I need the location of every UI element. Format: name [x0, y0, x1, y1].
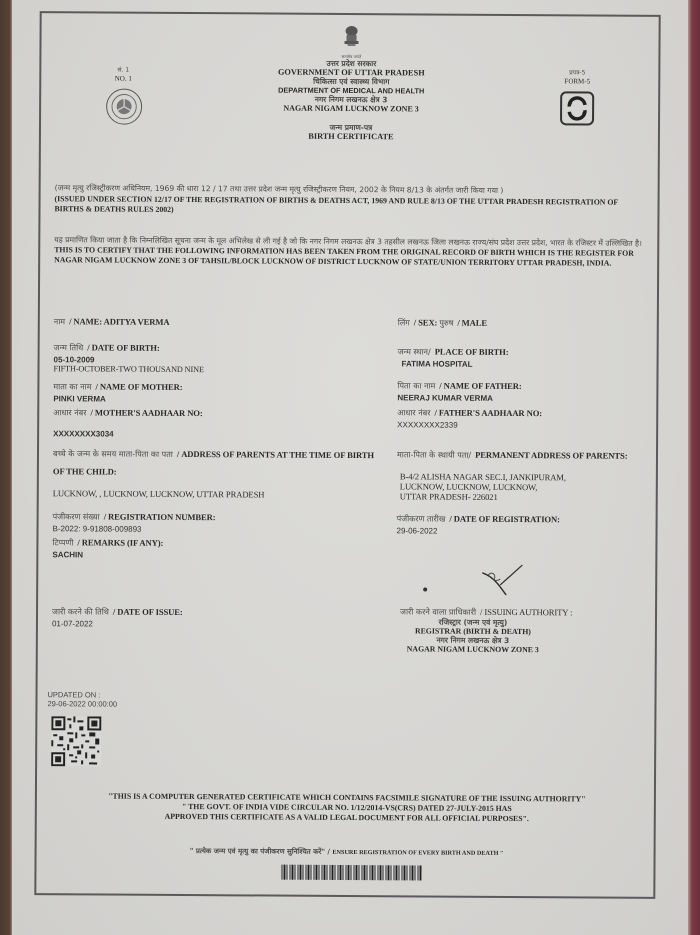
mother-aadhaar-label-hi: आधार नंबर — [53, 408, 86, 417]
lion-capital-icon — [340, 25, 362, 49]
ink-dot — [423, 587, 427, 591]
perm-address-line-3: UTTAR PRADESH- 226021 — [400, 491, 652, 503]
father-aadhaar-label: / FATHER'S AADHAAR NO: — [434, 408, 542, 419]
issue-date-label-hi: जारी करने की तिथि — [52, 607, 109, 616]
mother-aadhaar-label: / MOTHER'S AADHAAR NO: — [90, 407, 202, 418]
reg-date-label-hi: पंजीकरण तारीख — [397, 514, 446, 523]
slogan-hi: " प्रत्येक जन्म एवं मृत्यु का पंजीकरण सु… — [190, 847, 333, 856]
number-label-en: NO. 1 — [103, 74, 143, 85]
remarks-label-hi: टिप्पणी — [52, 538, 73, 547]
certificate-number-block: सं. 1 NO. 1 — [103, 66, 143, 85]
dob-label-hi: जन्म तिथि — [54, 343, 84, 352]
mother-label-hi: माता का नाम — [53, 382, 91, 391]
national-emblem: सत्यमेव जयते — [331, 25, 371, 60]
field-mother-aadhaar: आधार नंबर / MOTHER'S AADHAAR NO: XXXXXXX… — [53, 402, 373, 440]
issue-date-label: / DATE OF ISSUE: — [113, 607, 183, 617]
footer-slogan: " प्रत्येक जन्म एवं मृत्यु का पंजीकरण सु… — [47, 839, 647, 861]
zone-en: NAGAR NIGAM LUCKNOW ZONE 3 — [211, 103, 491, 114]
registrar-signature — [478, 561, 528, 601]
perm-address-value: B-4/2 ALISHA NAGAR SEC.I, JANKIPURAM, LU… — [397, 471, 652, 503]
authority-title: REGISTRAR (BIRTH & DEATH) — [393, 626, 553, 636]
field-date-of-registration: पंजीकरण तारीख / DATE OF REGISTRATION: 29… — [397, 508, 647, 537]
dob-value-words: FIFTH-OCTOBER-TWO THOUSAND NINE — [53, 364, 373, 375]
father-label: / NAME OF FATHER: — [439, 381, 521, 392]
father-aadhaar-value: XXXXXXXX2339 — [397, 420, 647, 431]
sex-label-hi: लिंग — [398, 318, 410, 327]
field-date-of-birth: जन्म तिथि / DATE OF BIRTH: 05-10-2009 FI… — [53, 337, 373, 375]
authority-zone: NAGAR NIGAM LUCKNOW ZONE 3 — [393, 644, 553, 654]
authority-label-hi: जारी करने वाला प्राधिकारी — [400, 607, 476, 616]
preamble-certify: यह प्रमाणित किया जाता है कि निम्नलिखित स… — [54, 235, 646, 269]
field-date-of-issue: जारी करने की तिथि / DATE OF ISSUE: 01-07… — [52, 601, 372, 630]
crs-logo — [560, 91, 594, 125]
slogan-en: ENSURE REGISTRATION OF EVERY BIRTH AND D… — [332, 849, 503, 857]
field-place-of-birth: जन्म स्थान/ PLACE OF BIRTH: FATIMA HOSPI… — [398, 341, 648, 370]
perm-address-label: PERMANENT ADDRESS OF PARENTS: — [475, 450, 627, 461]
authority-label: / ISSUING AUTHORITY : — [480, 607, 572, 618]
form-number-block: प्रपत्र-5 FORM-5 — [557, 68, 597, 87]
reg-no-label: / REGISTRATION NUMBER: — [104, 512, 216, 523]
field-name: नाम / NAME: ADITYA VERMA — [54, 311, 374, 331]
pob-label-hi: जन्म स्थान/ — [398, 347, 431, 356]
field-remarks: टिप्पणी / REMARKS (IF ANY): SACHIN — [52, 532, 372, 561]
field-permanent-address: माता-पिता के स्थायी पता/ PERMANENT ADDRE… — [397, 444, 652, 503]
header-block: उत्तर प्रदेश सरकार GOVERNMENT OF UTTAR P… — [211, 58, 492, 143]
reg-date-label: / DATE OF REGISTRATION: — [449, 514, 560, 525]
certify-text-en: THIS IS TO CERTIFY THAT THE FOLLOWING IN… — [54, 245, 646, 269]
field-father-name: पिता का नाम / NAME OF FATHER: NEERAJ KUM… — [397, 375, 647, 404]
field-address-at-birth: बच्चे के जन्म के समय माता-पिता का पता / … — [53, 443, 383, 500]
pob-value: FATIMA HOSPITAL — [398, 359, 648, 370]
field-father-aadhaar: आधार नंबर / FATHER'S AADHAAR NO: XXXXXXX… — [397, 402, 647, 431]
mother-label: / NAME OF MOTHER: — [95, 381, 182, 392]
barcode[interactable] — [281, 865, 421, 881]
name-label-hi: नाम — [54, 317, 65, 326]
issue-date-value: 01-07-2022 — [52, 619, 372, 630]
number-label-hi: सं. 1 — [103, 66, 143, 74]
title-en: BIRTH CERTIFICATE — [211, 131, 491, 143]
father-label-hi: पिता का नाम — [397, 381, 435, 390]
updated-value: 29-06-2022 00:00:00 — [47, 699, 197, 709]
name-value: ADITYA VERMA — [104, 317, 170, 327]
reg-no-label-hi: पंजीकरण संख्या — [53, 512, 100, 521]
qr-code[interactable] — [51, 716, 101, 766]
mother-aadhaar-value: XXXXXXXX3034 — [53, 429, 373, 440]
up-seal-icon — [110, 93, 138, 121]
field-registration-number: पंजीकरण संख्या / REGISTRATION NUMBER: B-… — [53, 506, 373, 535]
reg-date-value: 29-06-2022 — [397, 526, 647, 537]
address-birth-value: LUCKNOW, , LUCKNOW, LUCKNOW, UTTAR PRADE… — [53, 488, 383, 500]
address-birth-label-hi: बच्चे के जन्म के समय माता-पिता का पता — [53, 449, 173, 459]
up-govt-seal — [106, 89, 142, 125]
preamble-issued: (जन्म मृत्यु रजिस्ट्रीकरण अधिनियम, 1969 … — [54, 183, 646, 218]
field-mother-name: माता का नाम / NAME OF MOTHER: PINKI VERM… — [53, 376, 373, 405]
pob-label: PLACE OF BIRTH: — [435, 347, 509, 357]
perm-address-label-hi: माता-पिता के स्थायी पता/ — [397, 450, 471, 459]
field-sex: लिंग / SEX: पुरुष / MALE — [398, 312, 648, 332]
certificate-frame: सत्यमेव जयते सं. 1 NO. 1 उत्तर प्रदेश सर… — [34, 11, 660, 899]
remarks-label: / REMARKS (IF ANY): — [77, 537, 163, 548]
sex-value-hi: पुरुष — [439, 319, 453, 328]
father-aadhaar-label-hi: आधार नंबर — [397, 408, 430, 417]
remarks-value: SACHIN — [52, 550, 372, 561]
sex-value: / MALE — [457, 318, 487, 328]
updated-on: UPDATED ON : 29-06-2022 00:00:00 — [47, 690, 197, 709]
form-label-en: FORM-5 — [557, 76, 597, 87]
issuing-authority-block: रजिस्ट्रार (जन्म एवं मृत्यु) REGISTRAR (… — [393, 617, 553, 654]
form-label-hi: प्रपत्र-5 — [557, 68, 597, 76]
dob-label: / DATE OF BIRTH: — [87, 342, 159, 352]
sex-label: / SEX: — [414, 317, 440, 327]
name-label: / NAME: — [69, 316, 104, 326]
footer-disclaimer: "THIS IS A COMPUTER GENERATED CERTIFICAT… — [47, 791, 647, 825]
issued-text-en: (ISSUED UNDER SECTION 12/17 OF THE REGIS… — [54, 194, 646, 218]
crs-logo-icon — [564, 95, 590, 121]
